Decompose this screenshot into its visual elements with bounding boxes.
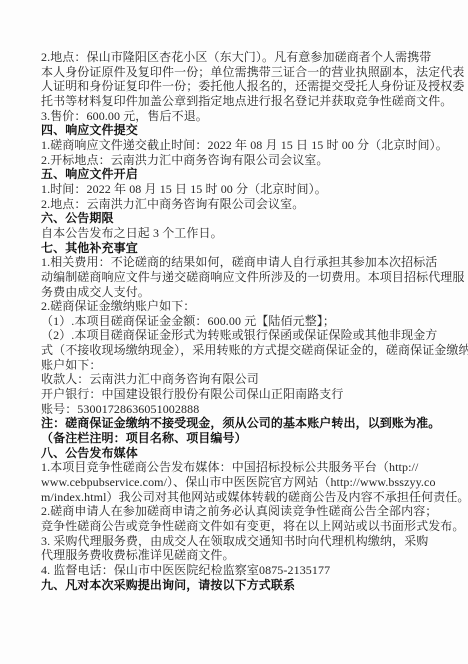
doc-line: 2.磋商保证金缴纳账户如下： <box>41 299 431 314</box>
doc-line: （2）.本项目磋商保证金形式为转账或银行保函或保证保险或其他非现金方 <box>41 328 431 343</box>
doc-line: 1.相关费用：不论磋商的结果如何，磋商申请人自行承担其参加本次招标活 <box>41 255 431 270</box>
note-line: （备注栏注明：项目名称、项目编号） <box>41 431 431 446</box>
document-page: 2.地点：保山市隆阳区杏花小区（东大门）。凡有意参加磋商者个人需携带 本人身份证… <box>0 0 468 664</box>
doc-line: 务费由成交人支付。 <box>41 285 431 300</box>
doc-line: （1）.本项目磋商保证金金额：600.00 元【陆佰元整】； <box>41 314 431 329</box>
section-heading-response-submission: 四、响应文件提交 <box>41 123 431 138</box>
doc-line: 1.本项目竞争性磋商公告发布媒体：中国招标投标公共服务平台（http:// <box>41 460 431 475</box>
note-line: 注：磋商保证金缴纳不接受现金，须从公司的基本账户转出，以到账为准。 <box>41 416 431 431</box>
doc-line: 2.地点：保山市隆阳区杏花小区（东大门）。凡有意参加磋商者个人需携带 <box>41 50 431 65</box>
doc-line: 2.地点：云南洪力汇中商务咨询有限公司会议室。 <box>41 197 431 212</box>
doc-line: 2.磋商申请人在参加磋商申请之前务必认真阅读竞争性磋商公告全部内容； <box>41 504 431 519</box>
doc-line: 账户如下： <box>41 358 431 373</box>
section-heading-response-opening: 五、响应文件开启 <box>41 167 431 182</box>
payee-line: 收款人：云南洪力汇中商务咨询有限公司 <box>41 372 431 387</box>
doc-line: 托书等材料复印件加盖公章到指定地点进行报名登记并获取竞争性磋商文件。 <box>41 94 431 109</box>
doc-line: 动编制磋商响应文件与递交磋商响应文件所涉及的一切费用。本项目招标代理服 <box>41 270 431 285</box>
doc-line-url: www.cebpubservice.com/）、保山市中医医院官方网站（http… <box>41 475 431 490</box>
doc-line: 自本公告发布之日起 3 个工作日。 <box>41 226 431 241</box>
supervision-phone-line: 4. 监督电话：保山市中医医院纪检监察室0875-2135177 <box>41 563 431 578</box>
doc-line: 代理服务费收费标准详见磋商文件。 <box>41 548 431 563</box>
bank-line: 开户银行：中国建设银行股份有限公司保山正阳南路支行 <box>41 387 431 402</box>
section-heading-other-matters: 七、其他补充事宜 <box>41 241 431 256</box>
doc-line: 1.时间：2022 年 08 月 15 日 15 时 00 分（北京时间）。 <box>41 182 431 197</box>
doc-line: 本人身份证原件及复印件一份；单位需携带三证合一的营业执照副本，法定代表 <box>41 65 431 80</box>
doc-line: 3. 采购代理服务费，由成交人在领取成交通知书时向代理机构缴纳，采购 <box>41 534 431 549</box>
account-number-line: 账号：53001728636051002888 <box>41 402 431 417</box>
section-heading-announcement-period: 六、公告期限 <box>41 211 431 226</box>
doc-line: 2.开标地点：云南洪力汇中商务咨询有限公司会议室。 <box>41 153 431 168</box>
doc-line: 式（不接收现场缴纳现金），采用转账的方式提交磋商保证金的，磋商保证金缴纳 <box>41 343 431 358</box>
doc-line: 人证明和身份证复印件一份；委托他人报名的，还需提交受托人身份证及授权委 <box>41 79 431 94</box>
document-body: 2.地点：保山市隆阳区杏花小区（东大门）。凡有意参加磋商者个人需携带 本人身份证… <box>41 50 431 592</box>
section-heading-contact: 九、凡对本次采购提出询问，请按以下方式联系 <box>41 578 431 593</box>
doc-line-url: m/index.html）我公司对其他网站或媒体转载的磋商公告及内容不承担任何责… <box>41 490 431 505</box>
doc-line: 3.售价：600.00 元，售后不退。 <box>41 109 431 124</box>
section-heading-publish-media: 八、公告发布媒体 <box>41 446 431 461</box>
doc-line: 1.磋商响应文件递交截止时间：2022 年 08 月 15 日 15 时 00 … <box>41 138 431 153</box>
doc-line: 竞争性磋商公告或竞争性磋商文件如有变更，将在以上网站或以书面形式发布。 <box>41 519 431 534</box>
